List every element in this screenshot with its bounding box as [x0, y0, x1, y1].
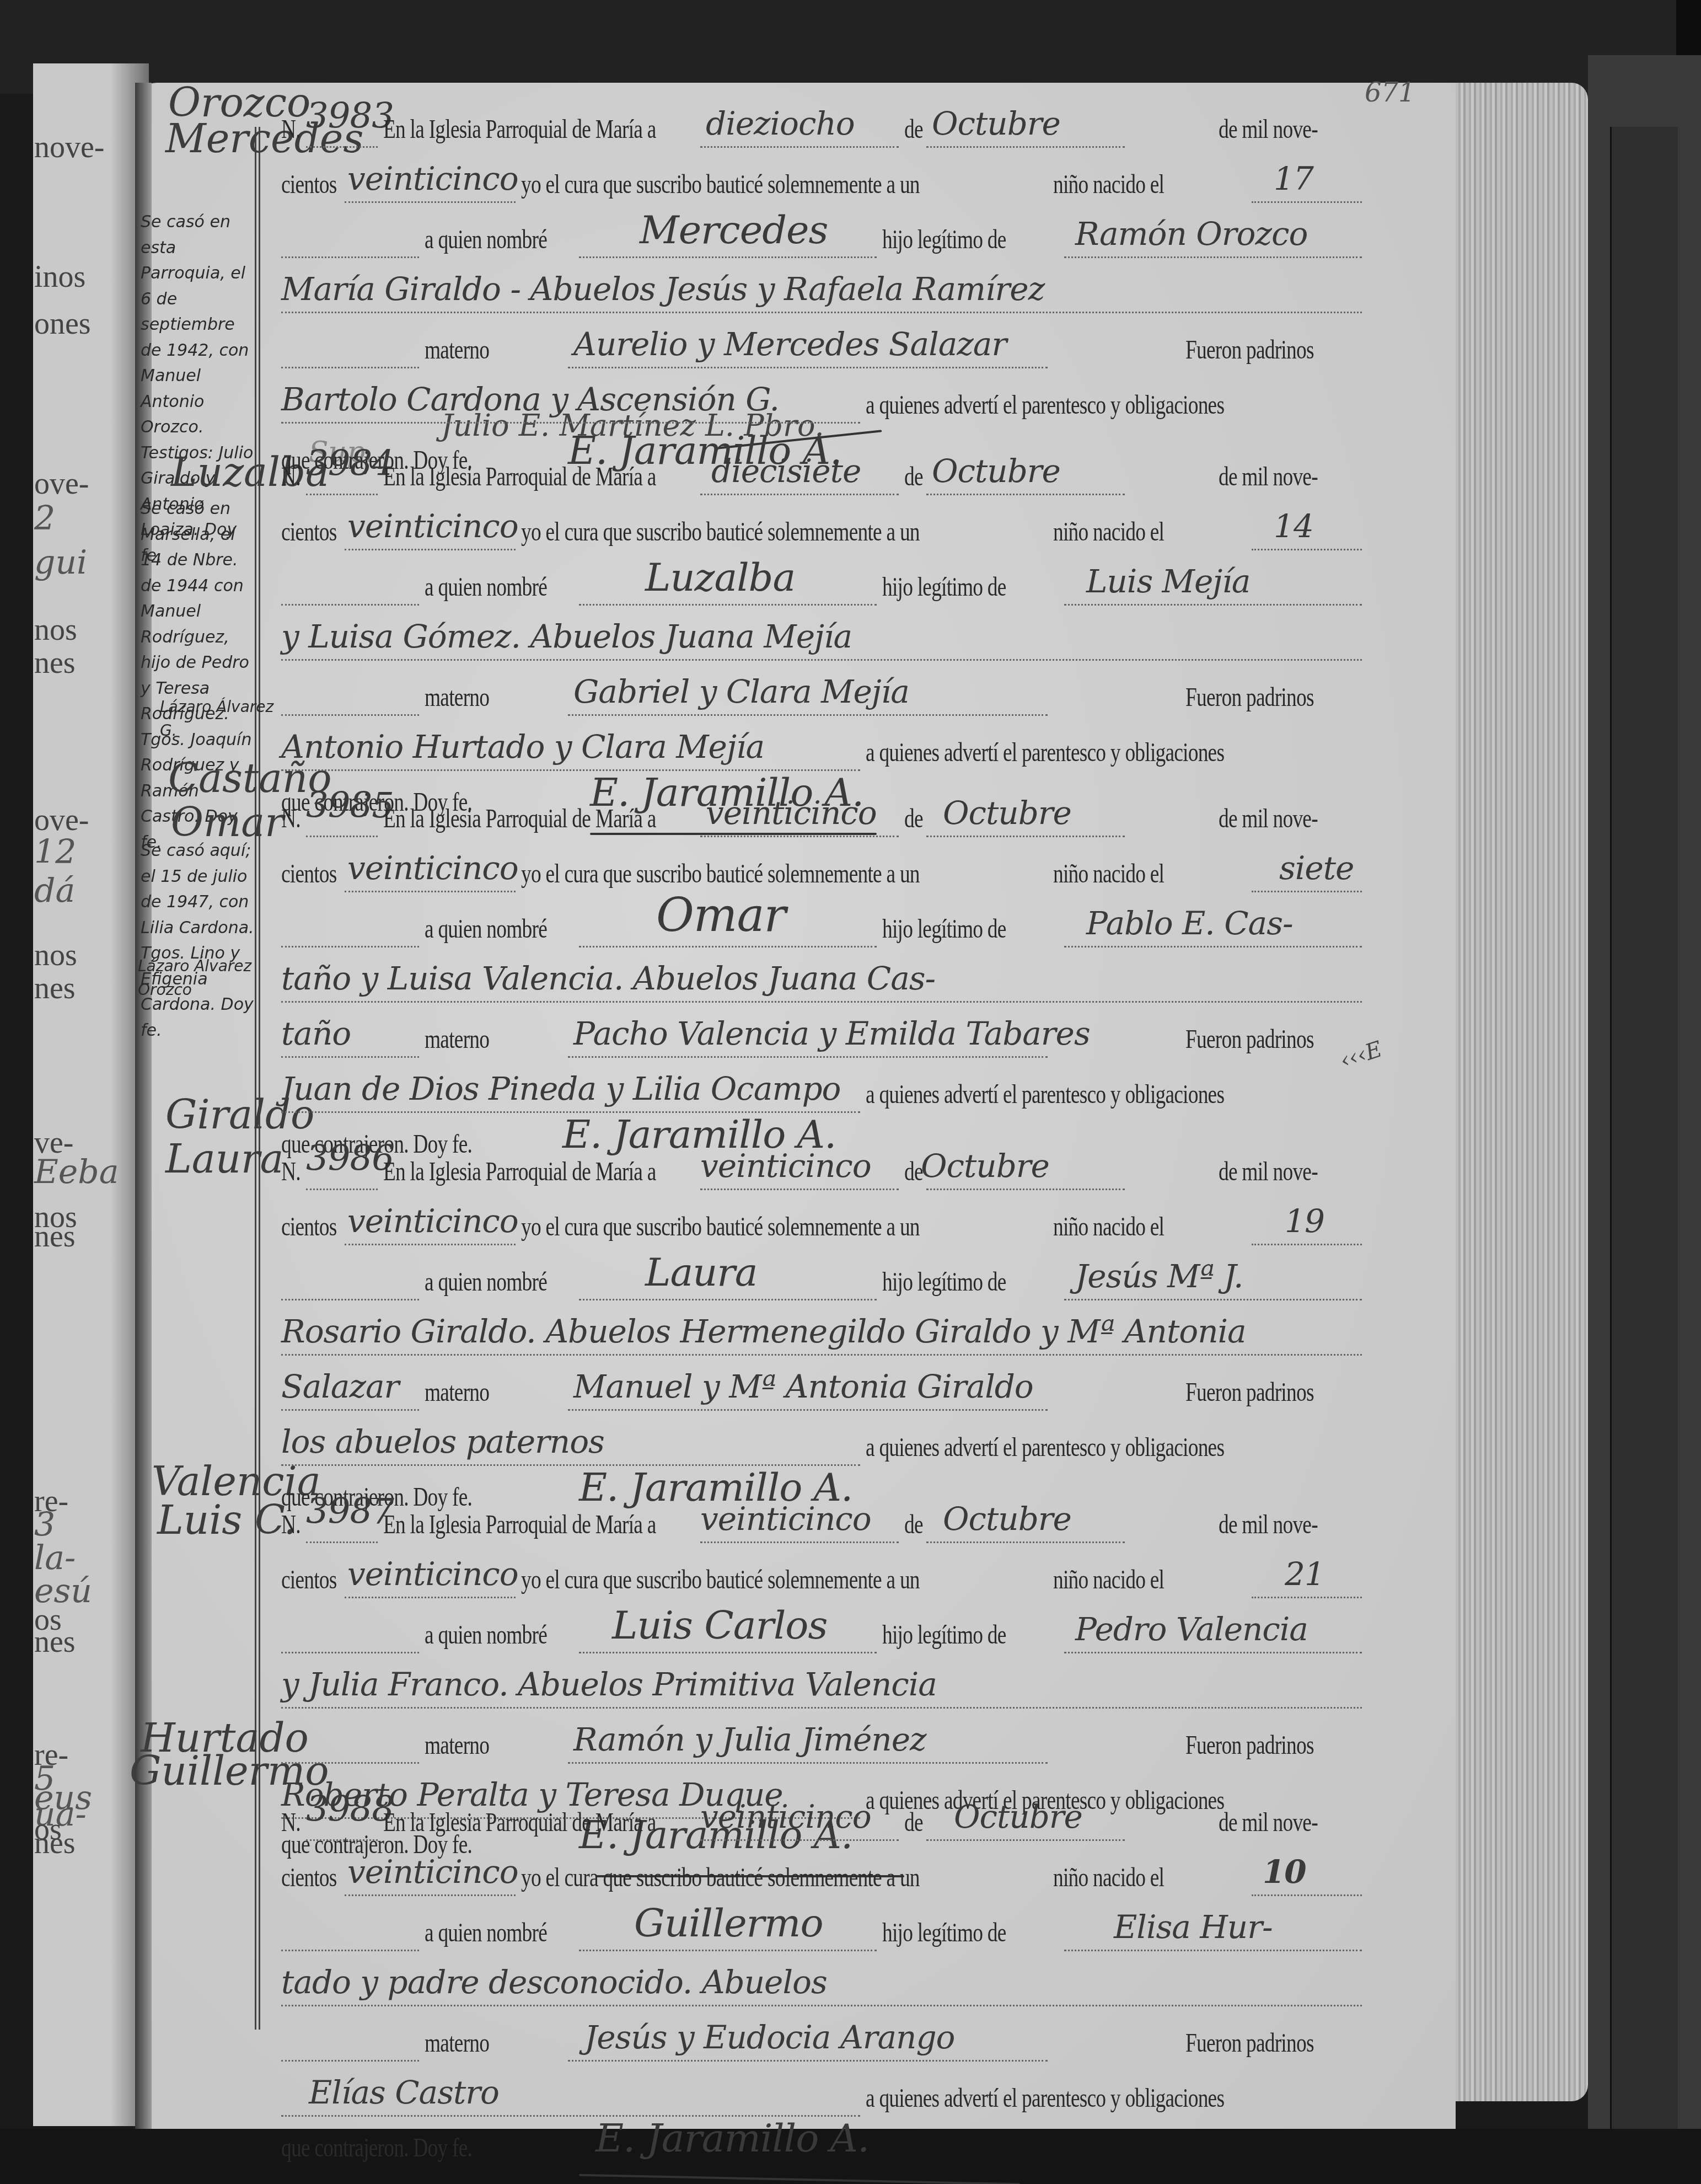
label-maternos: materno	[425, 1377, 489, 1407]
left-fragment: nes	[34, 971, 76, 1006]
dotted-line	[281, 604, 419, 606]
left-fragment: nos	[34, 938, 77, 973]
dotted-line	[568, 2060, 1048, 2062]
dotted-line	[281, 1354, 1362, 1356]
label-maternos: materno	[425, 2028, 489, 2058]
left-fragment: nove-	[34, 130, 105, 165]
parents-name: Pablo E. Cas-	[1086, 904, 1293, 942]
entry-number: 3984	[306, 443, 394, 484]
label-mil-nove: de mil nove-	[1219, 462, 1318, 492]
label-cientos: cientos	[281, 517, 337, 547]
label-church: En la Iglesia Parroquial de María a	[383, 114, 656, 144]
label-mil-nove: de mil nove-	[1219, 804, 1318, 834]
label-maternos: materno	[425, 1730, 489, 1760]
dotted-line	[1252, 1894, 1362, 1896]
entry-birth-day: 17	[1274, 160, 1313, 197]
page-edges	[1445, 83, 1588, 2101]
maternal-grandparents: Pacho Valencia y Emilda Tabares	[573, 1015, 1090, 1052]
label-advertí: a quienes advertí el parentesco y obliga…	[866, 390, 1224, 420]
child-name: Luis Carlos	[612, 1603, 827, 1648]
maternal-grandparents: Gabriel y Clara Mejía	[573, 673, 909, 710]
label-cientos: cientos	[281, 1212, 337, 1242]
label-number: N.	[281, 462, 301, 492]
dotted-line	[568, 367, 1048, 368]
entry-birth-day: 10	[1263, 1853, 1306, 1891]
entry-birth-day: 19	[1285, 1202, 1324, 1240]
label-advertí: a quienes advertí el parentesco y obliga…	[866, 737, 1224, 768]
label-nacido: niño nacido el	[1053, 1565, 1164, 1595]
margin-given-name: Laura	[165, 1139, 283, 1179]
label-mil-nove: de mil nove-	[1219, 1807, 1318, 1838]
label-de: de	[904, 114, 923, 144]
label-de: de	[904, 804, 923, 834]
dotted-line	[926, 1189, 1125, 1190]
dotted-line	[1064, 256, 1362, 258]
parents-name: Pedro Valencia	[1075, 1610, 1308, 1648]
baptism-entry-3988: N. 3988 En la Iglesia Parroquial de Marí…	[281, 1798, 1384, 2129]
label-hijo: hijo legítimo de	[882, 1918, 1006, 1948]
label-maternos: materno	[425, 682, 489, 713]
dotted-line	[281, 659, 1362, 661]
label-de: de	[904, 1509, 923, 1540]
book-cover-inner	[1610, 127, 1678, 2184]
label-number: N.	[281, 804, 301, 834]
dotted-line	[281, 256, 419, 258]
dotted-line	[1252, 1244, 1362, 1245]
margin-given-name: Luis C.	[157, 1500, 296, 1540]
grandparents-line: María Giraldo - Abuelos Jesús y Rafaela …	[281, 270, 1044, 308]
godparents: Bartolo Cardona y Ascensión G.	[281, 381, 779, 418]
dotted-line	[281, 312, 1362, 313]
dotted-line	[306, 146, 378, 148]
entry-month: Octubre	[943, 1500, 1071, 1538]
dotted-line	[281, 367, 419, 368]
dotted-line	[281, 1762, 419, 1764]
dotted-line	[1252, 1597, 1362, 1598]
dotted-line	[1064, 946, 1362, 948]
entry-month: Octubre	[932, 452, 1060, 490]
left-fragment: nes	[34, 1624, 76, 1660]
dotted-line	[345, 891, 516, 892]
label-church: En la Iglesia Parroquial de María a	[383, 1157, 656, 1187]
child-name: Mercedes	[640, 207, 828, 253]
baptism-entry-3983: N. 3983 En la Iglesia Parroquial de Marí…	[281, 105, 1384, 436]
parents-name: Jesús Mª J.	[1075, 1257, 1243, 1295]
dotted-line	[926, 836, 1125, 837]
entry-year: veinticinco	[347, 160, 518, 197]
dotted-line	[1064, 1652, 1362, 1653]
entry-month: Octubre	[943, 794, 1071, 832]
maternal-grandparents: Aurelio y Mercedes Salazar	[573, 325, 1006, 363]
godparents: Elías Castro	[309, 2074, 499, 2111]
baptism-entry-3984: N. 3984 En la Iglesia Parroquial de Marí…	[281, 452, 1384, 783]
label-nombre: a quien nombré	[425, 1267, 547, 1297]
left-fragment: ove-	[34, 466, 89, 501]
godparents: Antonio Hurtado y Clara Mejía	[281, 728, 764, 766]
priest-signature: E. Jaramillo A.	[595, 2116, 869, 2161]
dotted-line	[345, 1894, 516, 1896]
entry-day: dieziocho	[706, 105, 855, 142]
dotted-line	[568, 1762, 1048, 1764]
label-nacido: niño nacido el	[1053, 169, 1164, 200]
label-doy-fe: que contrajeron. Doy fe.	[281, 2133, 472, 2163]
left-fragment: 12	[34, 833, 76, 871]
baptism-entry-3986: N. 3986 En la Iglesia Parroquial de Marí…	[281, 1147, 1384, 1478]
label-mil-nove: de mil nove-	[1219, 1157, 1318, 1187]
left-fragment: nos	[34, 612, 77, 647]
grandparents-line: tado y padre desconocido. Abuelos	[281, 1963, 827, 2001]
label-church: En la Iglesia Parroquial de María a	[383, 1509, 656, 1540]
dotted-line	[568, 714, 1048, 716]
dotted-line	[306, 1189, 378, 1190]
dotted-line	[579, 604, 877, 606]
label-padrinos: Fueron padrinos	[1185, 2028, 1314, 2058]
dotted-line	[281, 1707, 1362, 1709]
page-number: 671	[1365, 77, 1415, 108]
dotted-line	[579, 256, 877, 258]
label-de: de	[904, 1157, 923, 1187]
maternal-grandparents: Manuel y Mª Antonia Giraldo	[573, 1368, 1033, 1405]
label-padrinos: Fueron padrinos	[1185, 335, 1314, 365]
dotted-line	[281, 1056, 419, 1058]
label-cura: yo el cura que suscribo bauticé solemnem…	[521, 517, 920, 547]
godparents: Juan de Dios Pineda y Lilia Ocampo	[281, 1070, 840, 1107]
label-hijo: hijo legítimo de	[882, 572, 1006, 602]
label-nombre: a quien nombré	[425, 1620, 547, 1650]
dotted-line	[281, 1299, 419, 1300]
dotted-line	[700, 1189, 899, 1190]
entry-day: diecisiete	[711, 452, 861, 490]
dotted-line	[281, 1950, 419, 1951]
label-padrinos: Fueron padrinos	[1185, 1377, 1314, 1407]
entry-day: veinticinco	[706, 794, 877, 832]
label-number: N.	[281, 1807, 301, 1838]
dotted-line	[306, 836, 378, 837]
dotted-line	[568, 1409, 1048, 1411]
label-cientos: cientos	[281, 1565, 337, 1595]
line-continuation: taño	[281, 1015, 351, 1052]
parents-name: Luis Mejía	[1086, 563, 1250, 600]
label-church: En la Iglesia Parroquial de María a	[383, 804, 656, 834]
left-fragment: nes	[34, 645, 76, 681]
dotted-line	[926, 146, 1125, 148]
dotted-line	[579, 1299, 877, 1300]
parents-name: Ramón Orozco	[1075, 215, 1307, 253]
label-de: de	[904, 1807, 923, 1838]
left-fragment: nes	[34, 1826, 76, 1861]
dotted-line	[568, 1056, 1048, 1058]
label-padrinos: Fueron padrinos	[1185, 1024, 1314, 1054]
label-cura: yo el cura que suscribo bauticé solemnem…	[521, 859, 920, 889]
left-fragment: dá	[34, 871, 75, 910]
dotted-line	[281, 2005, 1362, 2006]
label-maternos: materno	[425, 335, 489, 365]
entry-year: veinticinco	[347, 849, 518, 887]
label-mil-nove: de mil nove-	[1219, 114, 1318, 144]
left-fragment: gui	[34, 543, 87, 582]
label-hijo: hijo legítimo de	[882, 914, 1006, 944]
label-de: de	[904, 462, 923, 492]
entry-year: veinticinco	[347, 1853, 518, 1891]
grandparents-line: Rosario Giraldo. Abuelos Hermenegildo Gi…	[281, 1313, 1246, 1350]
entry-number: 3983	[306, 96, 394, 137]
line-continuation: Salazar	[281, 1368, 399, 1405]
dotted-line	[281, 1001, 1362, 1003]
entry-year: veinticinco	[347, 1202, 518, 1240]
label-maternos: materno	[425, 1024, 489, 1054]
left-fragment: inos	[34, 259, 85, 295]
parents-name: Elisa Hur-	[1114, 1908, 1272, 1946]
dotted-line	[306, 1541, 378, 1543]
entry-number: 3988	[306, 1789, 394, 1830]
maternal-grandparents: Ramón y Julia Jiménez	[573, 1721, 926, 1758]
dotted-line	[1064, 1299, 1362, 1300]
dotted-line	[1064, 604, 1362, 606]
left-fragment: ones	[34, 306, 91, 341]
left-fragment: nes	[34, 1219, 76, 1254]
dotted-line	[1252, 201, 1362, 203]
dotted-line	[700, 1839, 899, 1841]
dotted-line	[281, 2060, 419, 2062]
dotted-line	[926, 1541, 1125, 1543]
entry-month: Octubre	[932, 105, 1060, 142]
dotted-line	[700, 146, 899, 148]
dotted-line	[281, 946, 419, 948]
entry-number: 3985	[306, 785, 394, 826]
label-nombre: a quien nombré	[425, 572, 547, 602]
child-name: Luzalba	[645, 555, 795, 600]
label-hijo: hijo legítimo de	[882, 1620, 1006, 1650]
label-hijo: hijo legítimo de	[882, 1267, 1006, 1297]
dotted-line	[700, 1541, 899, 1543]
child-name: Omar	[656, 888, 786, 942]
grandparents-line: y Julia Franco. Abuelos Primitiva Valenc…	[281, 1666, 937, 1703]
entry-birth-day: siete	[1279, 849, 1354, 887]
label-cientos: cientos	[281, 1862, 337, 1893]
dotted-line	[926, 1839, 1125, 1841]
grandparents-line: y Luisa Gómez. Abuelos Juana Mejía	[281, 618, 852, 655]
label-hijo: hijo legítimo de	[882, 224, 1006, 255]
dotted-line	[926, 494, 1125, 495]
label-number: N.	[281, 114, 301, 144]
margin-given-name: Omar	[171, 802, 284, 842]
entry-day: veinticinco	[700, 1500, 871, 1538]
left-fragment: Eeba	[34, 1153, 119, 1191]
label-nombre: a quien nombré	[425, 224, 547, 255]
label-cura: yo el cura que suscribo bauticé solemnem…	[521, 1212, 920, 1242]
label-nombre: a quien nombré	[425, 914, 547, 944]
child-name: Laura	[645, 1250, 758, 1295]
label-cientos: cientos	[281, 859, 337, 889]
margin-signature: Lázaro Álvarez Orozco	[138, 954, 254, 1002]
maternal-grandparents: Jesús y Eudocia Arango	[584, 2019, 954, 2056]
dotted-line	[1064, 1950, 1362, 1951]
label-padrinos: Fueron padrinos	[1185, 1730, 1314, 1760]
dotted-line	[281, 422, 860, 424]
label-church: En la Iglesia Parroquial de María a	[383, 1807, 656, 1838]
dotted-line	[1252, 549, 1362, 550]
entry-day: veinticinco	[700, 1147, 871, 1185]
label-nacido: niño nacido el	[1053, 517, 1164, 547]
entry-month: Octubre	[954, 1798, 1082, 1835]
entry-year: veinticinco	[347, 507, 518, 545]
entry-number: 3986	[306, 1138, 394, 1179]
margin-signature: Lázaro Álvarez G.	[160, 695, 276, 743]
label-cientos: cientos	[281, 169, 337, 200]
left-fragment: 2	[34, 499, 55, 538]
label-mil-nove: de mil nove-	[1219, 1509, 1318, 1540]
entry-birth-day: 21	[1285, 1555, 1324, 1593]
dotted-line	[579, 946, 877, 948]
entry-number: 3987	[306, 1491, 394, 1532]
dotted-line	[700, 836, 899, 837]
label-advertí: a quienes advertí el parentesco y obliga…	[866, 2083, 1224, 2113]
entry-birth-day: 14	[1274, 507, 1313, 545]
label-advertí: a quienes advertí el parentesco y obliga…	[866, 1079, 1224, 1110]
margin-marriage-note: Se casó aquí; el 15 de julio de 1947, co…	[141, 838, 256, 1043]
entry-day: veinticinco	[700, 1798, 871, 1835]
label-nacido: niño nacido el	[1053, 1212, 1164, 1242]
child-name: Guillermo	[634, 1901, 823, 1946]
label-cura: yo el cura que suscribo bauticé solemnem…	[521, 1565, 920, 1595]
label-advertí: a quienes advertí el parentesco y obliga…	[866, 1432, 1224, 1463]
entry-year: veinticinco	[347, 1555, 518, 1593]
grandparents-line: taño y Luisa Valencia. Abuelos Juana Cas…	[281, 960, 935, 997]
label-number: N.	[281, 1157, 301, 1187]
label-cura: yo el cura que suscribo bauticé solemnem…	[521, 1862, 920, 1893]
godparents: los abuelos paternos	[281, 1423, 604, 1460]
label-nacido: niño nacido el	[1053, 859, 1164, 889]
label-number: N.	[281, 1509, 301, 1540]
dotted-line	[579, 1652, 877, 1653]
dotted-line	[281, 1652, 419, 1653]
dotted-line	[1252, 891, 1362, 892]
dotted-line	[345, 549, 516, 550]
dotted-line	[281, 714, 419, 716]
dotted-line	[345, 1244, 516, 1245]
entry-month: Octubre	[921, 1147, 1049, 1185]
dotted-line	[345, 1597, 516, 1598]
dotted-line	[700, 494, 899, 495]
label-padrinos: Fueron padrinos	[1185, 682, 1314, 713]
label-nombre: a quien nombré	[425, 1918, 547, 1948]
dotted-line	[345, 201, 516, 203]
label-cura: yo el cura que suscribo bauticé solemnem…	[521, 169, 920, 200]
label-church: En la Iglesia Parroquial de María a	[383, 462, 656, 492]
baptism-entry-3985: N. 3985 En la Iglesia Parroquial de Marí…	[281, 794, 1384, 1125]
dotted-line	[306, 494, 378, 495]
label-nacido: niño nacido el	[1053, 1862, 1164, 1893]
dotted-line	[306, 1839, 378, 1841]
dotted-line	[281, 1409, 419, 1411]
baptism-entry-3987: N. 3987 En la Iglesia Parroquial de Marí…	[281, 1500, 1384, 1831]
dotted-line	[579, 1950, 877, 1951]
